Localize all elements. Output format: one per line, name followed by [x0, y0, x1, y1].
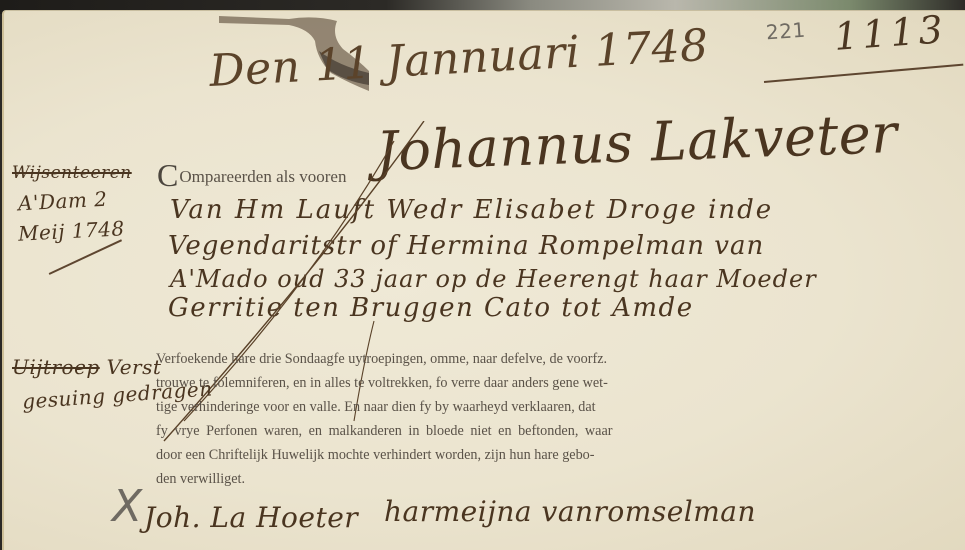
margin-note-underline	[49, 239, 122, 274]
bride-signature: harmeijna vanromselman	[384, 495, 756, 528]
date-underline	[764, 64, 963, 83]
archive-number-pencil: 221	[765, 18, 806, 45]
printed-line-2: trouwe te folemniferen, en in alles te v…	[156, 375, 608, 392]
printed-line-3: tige verhinderinge voor en valle. En naa…	[156, 399, 596, 416]
margin-note-place-date: A'Dam 2	[17, 187, 108, 216]
bride-mark-x: X	[112, 481, 143, 532]
groom-signature: Joh. La Hoeter	[144, 501, 358, 534]
margin-note-verst: Verst	[107, 355, 162, 379]
margin-note-struck-2: Uijtroep	[12, 355, 100, 379]
archive-number-ink: 1113	[833, 10, 949, 59]
margin-note-struck-1: Wijsenteeren	[12, 163, 132, 183]
register-page: Den 11 Jannuari 1748 221 1113 Johannus L…	[2, 10, 965, 550]
printed-line-6: den verwilliget.	[156, 471, 245, 488]
groom-name: Johannus Lakveter	[375, 102, 898, 183]
printed-line-5: door een Chriftelijk Huwelijk mochte ver…	[156, 447, 595, 464]
printed-line-1: Verfoekende hare drie Sondaagfe uytroepi…	[156, 351, 607, 368]
margin-note-year: Meij 1748	[17, 216, 125, 246]
printed-line-4: fy vrye Perfonen waren, en malkanderen i…	[156, 423, 612, 440]
margin-note-uitroep: Uijtroep Verst	[12, 355, 161, 379]
